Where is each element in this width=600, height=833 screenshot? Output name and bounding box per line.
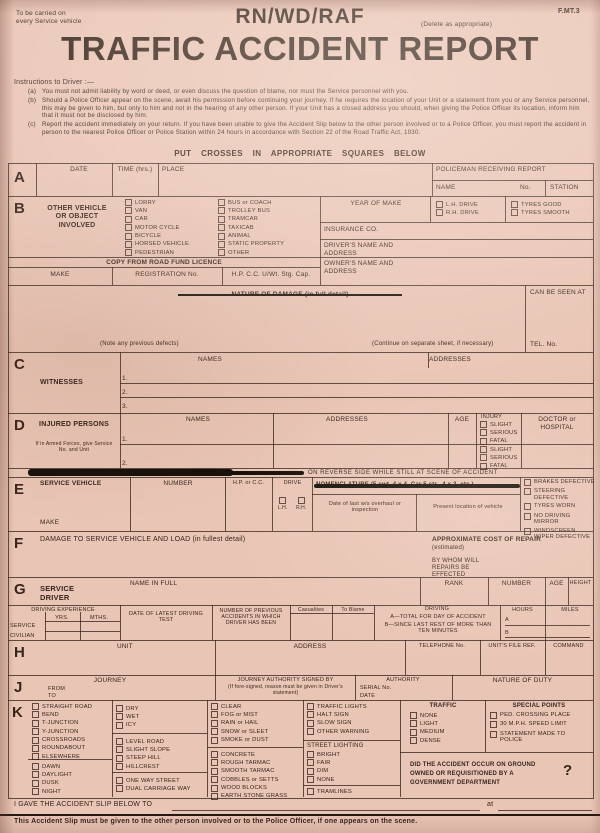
rule bbox=[80, 612, 81, 640]
rule bbox=[545, 577, 546, 605]
checkbox-icon bbox=[125, 249, 132, 256]
licence-heading: COPY FROM ROAD FUND LICENCE bbox=[8, 259, 320, 267]
rule bbox=[452, 675, 453, 700]
checkbox-label: DIM bbox=[317, 768, 328, 774]
checkbox-label: TRAFFIC LIGHTS bbox=[317, 704, 367, 710]
rule bbox=[120, 383, 593, 384]
rule bbox=[8, 675, 593, 676]
checkbox-option: BEND bbox=[32, 711, 92, 718]
checkbox-option: SLIGHT SLOPE bbox=[116, 746, 170, 753]
checkbox-option: DRY bbox=[116, 705, 139, 712]
rule bbox=[215, 675, 216, 700]
section-a-letter: A bbox=[14, 169, 25, 186]
checkbox-label: NIGHT bbox=[42, 789, 61, 795]
weather-options: CLEARFOG or MISTRAIN or HAILSNOW or SLEE… bbox=[211, 703, 269, 745]
section-h-letter: H bbox=[14, 644, 25, 661]
checkbox-option: Y-JUNCTION bbox=[32, 728, 92, 735]
witness-row-number: 1. bbox=[122, 375, 128, 383]
rule bbox=[400, 752, 593, 753]
rule bbox=[488, 577, 489, 605]
checkbox-icon bbox=[116, 777, 123, 784]
checkbox-label: MOTOR CYCLE bbox=[135, 225, 180, 231]
question-mark: ? bbox=[563, 762, 572, 780]
checkbox-icon bbox=[211, 728, 218, 735]
driver-name-address-label: DRIVER'S NAME AND ADDRESS bbox=[324, 242, 396, 257]
driving-a-label: A—TOTAL FOR DAY OF ACCIDENT bbox=[378, 614, 498, 620]
nature-of-duty-label: NATURE OF DUTY bbox=[455, 677, 590, 685]
tyre-options: TYRES GOOD TYRES SMOOTH bbox=[511, 201, 570, 218]
rule bbox=[120, 397, 593, 398]
checkbox-icon bbox=[307, 776, 314, 783]
checkbox-label: T-JUNCTION bbox=[42, 720, 78, 726]
cost-of-repair-label: APPROXIMATE COST OF REPAIR bbox=[432, 536, 541, 544]
rule bbox=[476, 413, 477, 468]
estimated-label: (estimated) bbox=[432, 545, 464, 552]
checkbox-icon bbox=[307, 751, 314, 758]
checkbox-label: BRAKES DEFECTIVE bbox=[534, 479, 596, 485]
rule bbox=[303, 740, 400, 741]
checkbox-icon bbox=[32, 728, 39, 735]
checkbox-label: SNOW or SLEET bbox=[221, 729, 268, 735]
checkbox-label: STEEP HILL bbox=[126, 755, 161, 761]
witnesses-label: WITNESSES bbox=[40, 379, 83, 387]
checkbox-icon bbox=[116, 713, 123, 720]
checkbox-icon bbox=[211, 751, 218, 758]
witness-row-number: 2. bbox=[122, 389, 128, 397]
rule bbox=[8, 531, 593, 532]
checkbox-icon bbox=[211, 768, 218, 775]
rule bbox=[120, 605, 121, 640]
injured-row-number: 1. bbox=[122, 436, 128, 444]
drive-options: L.H. DRIVE R.H. DRIVE bbox=[436, 201, 479, 218]
checkbox-option: CONCRETE bbox=[211, 751, 287, 758]
checkbox-label: TYRES SMOOTH bbox=[521, 210, 570, 216]
rank-label: RANK bbox=[422, 580, 486, 588]
rule bbox=[8, 577, 593, 578]
hp-label: H.P. C.C. U/Wt. Stg. Cap. bbox=[226, 271, 316, 279]
rule bbox=[303, 785, 400, 786]
ink-smudge bbox=[228, 471, 304, 475]
policeman-no-label: No. bbox=[520, 184, 531, 192]
checkbox-label: ANIMAL bbox=[228, 233, 251, 239]
checkbox-label: ONE WAY STREET bbox=[126, 778, 180, 784]
checkbox-icon bbox=[410, 737, 417, 744]
rule bbox=[432, 180, 593, 181]
checkbox-option: TRAFFIC LIGHTS bbox=[307, 703, 369, 710]
height-label: HEIGHT bbox=[568, 580, 593, 586]
checkbox-label: OTHER bbox=[228, 250, 249, 256]
checkbox-option: CLEAR bbox=[211, 703, 269, 710]
checkbox-option: STRAIGHT ROAD bbox=[32, 703, 92, 710]
rule bbox=[207, 747, 303, 748]
checkbox-label: DUSK bbox=[42, 780, 59, 786]
policeman-label: POLICEMAN RECEIVING REPORT bbox=[436, 166, 546, 174]
injured-names-label: NAMES bbox=[158, 416, 238, 424]
instruction-text: Report the accident immediately on your … bbox=[42, 121, 590, 137]
vehicle-location-label: Present location of vehicle bbox=[420, 504, 516, 510]
rule bbox=[520, 477, 521, 531]
checkbox-label: SLIGHT bbox=[490, 447, 512, 453]
checkbox-icon bbox=[125, 216, 132, 223]
special-points-options: PED. CROSSING PLACE30 M.P.H. SPEED LIMIT… bbox=[490, 712, 588, 746]
checkbox-label: ICY bbox=[126, 722, 136, 728]
instruction-label: (a) bbox=[28, 88, 42, 96]
checkbox-option: FAIR bbox=[307, 759, 340, 766]
checkbox-option: MOTOR CYCLE bbox=[125, 224, 189, 231]
nomenclature-label: NOMENCLATURE (5 cwt. 4 x 4, Car 5 str., … bbox=[316, 482, 516, 489]
checkbox-label: WET bbox=[126, 714, 139, 720]
year-of-make-label: YEAR OF MAKE bbox=[324, 200, 428, 208]
checkbox-option: WOOD BLOCKS bbox=[211, 785, 287, 792]
checkbox-option: DUAL CARRIAGE WAY bbox=[116, 785, 191, 792]
checkbox-option: DAWN bbox=[32, 763, 72, 770]
checkbox-icon bbox=[307, 711, 314, 718]
checkbox-label: DUAL CARRIAGE WAY bbox=[126, 786, 191, 792]
checkbox-icon bbox=[125, 224, 132, 231]
witness-addresses-label: ADDRESSES bbox=[400, 356, 500, 364]
checkbox-label: STATIC PROPERTY bbox=[228, 241, 284, 247]
instruction-label: (b) bbox=[28, 97, 42, 120]
page-title: TRAFFIC ACCIDENT REPORT bbox=[0, 30, 600, 68]
hours-label: HOURS bbox=[502, 607, 543, 613]
journey-from-label: FROM bbox=[48, 686, 65, 692]
insurance-label: INSURANCE CO. bbox=[324, 226, 378, 234]
checkbox-option: HORSED VEHICLE bbox=[125, 241, 189, 248]
checkbox-option: STATEMENT MADE TO POLICE bbox=[490, 731, 588, 744]
other-vehicle-label: OTHER VEHICLE OR OBJECT INVOLVED bbox=[42, 205, 112, 230]
rule bbox=[320, 239, 593, 240]
rule bbox=[112, 267, 113, 285]
injured-persons-label: INJURED PERSONS bbox=[38, 421, 110, 429]
policeman-name-label: NAME bbox=[436, 184, 456, 192]
checkbox-option: L.H. DRIVE bbox=[436, 201, 479, 208]
checkbox-option: SMOKE or DUST bbox=[211, 737, 269, 744]
checkbox-label: DENSE bbox=[420, 738, 441, 744]
checkbox-option: NIGHT bbox=[32, 788, 72, 795]
checkbox-icon bbox=[125, 207, 132, 214]
checkbox-label: BUS or COACH bbox=[228, 200, 272, 206]
checkbox-label: SLIGHT bbox=[490, 422, 512, 428]
rule bbox=[112, 772, 207, 773]
rule bbox=[8, 605, 593, 606]
injured-row-number: 2. bbox=[122, 460, 128, 468]
checkbox-icon bbox=[211, 703, 218, 710]
surface-state-options: DRYWETICY bbox=[116, 705, 139, 730]
checkbox-icon bbox=[524, 479, 531, 486]
form-ref: F.MT.3 bbox=[558, 8, 600, 16]
rule bbox=[432, 163, 433, 196]
checkbox-icon bbox=[211, 711, 218, 718]
checkbox-label: ROUNDABOUT bbox=[42, 745, 85, 751]
checkbox-option: COBBLES or SETTS bbox=[211, 776, 287, 783]
checkbox-label: R.H. bbox=[296, 505, 306, 511]
command-label: COMMAND bbox=[546, 643, 591, 649]
checkbox-option: R.H. DRIVE bbox=[436, 209, 479, 216]
checkbox-label: SERIOUS bbox=[490, 455, 518, 461]
traffic-accident-report-form: To be carried on every Service vehicle R… bbox=[0, 0, 600, 833]
checkbox-label: WOOD BLOCKS bbox=[221, 785, 267, 791]
checkbox-option: BRIGHT bbox=[307, 751, 340, 758]
checkbox-option: NONE bbox=[410, 712, 445, 719]
rule bbox=[225, 477, 226, 531]
rule bbox=[505, 637, 590, 638]
government-ground-question: DID THE ACCIDENT OCCUR ON GROUND OWNED O… bbox=[410, 761, 558, 788]
checkbox-option: DAYLIGHT bbox=[32, 771, 72, 778]
checkbox-icon bbox=[524, 513, 531, 520]
checkbox-label: SERIOUS bbox=[490, 430, 518, 436]
rule bbox=[374, 605, 375, 640]
checkbox-label: LEVEL ROAD bbox=[126, 739, 164, 745]
address-label: ADDRESS bbox=[217, 643, 403, 651]
rule bbox=[272, 477, 273, 531]
rule bbox=[500, 605, 501, 640]
driving-experience-label: DRIVING EXPERIENCE bbox=[10, 607, 116, 613]
checkbox-label: ROUGH TARMAC bbox=[221, 760, 271, 766]
number-label: NUMBER bbox=[132, 480, 224, 488]
checkbox-icon bbox=[218, 224, 225, 231]
doctor-label: DOCTOR or HOSPITAL bbox=[524, 416, 590, 431]
drive-label: DRIVE bbox=[274, 480, 311, 486]
section-f-letter: F bbox=[14, 535, 23, 552]
checkbox-icon bbox=[125, 241, 132, 248]
checkbox-icon bbox=[116, 738, 123, 745]
checkbox-label: HALT SIGN bbox=[317, 712, 349, 718]
rule bbox=[36, 163, 37, 196]
checkbox-icon bbox=[480, 429, 487, 436]
checkbox-option: LORRY bbox=[125, 199, 189, 206]
checkbox-icon bbox=[116, 763, 123, 770]
checkbox-icon bbox=[511, 201, 518, 208]
continue-note: (Continue on separate sheet, if necessar… bbox=[372, 341, 493, 348]
checkbox-option: EARTH STONE GRASS bbox=[211, 793, 287, 800]
checkbox-label: PEDESTRIAN bbox=[135, 250, 174, 256]
checkbox-label: BEND bbox=[42, 712, 59, 718]
checkbox-icon bbox=[279, 497, 286, 504]
section-b-letter: B bbox=[14, 200, 25, 217]
checkbox-label: LORRY bbox=[135, 200, 156, 206]
rule bbox=[480, 640, 481, 675]
checkbox-option: PED. CROSSING PLACE bbox=[490, 712, 588, 719]
checkbox-option: SMOOTH TARMAC bbox=[211, 768, 287, 775]
checkbox-icon bbox=[32, 780, 39, 787]
other-vehicle-col1: LORRY VAN CAR MOTOR CYCLE BICYCLE bbox=[125, 199, 189, 258]
section-d-letter: D bbox=[14, 417, 25, 434]
rule bbox=[568, 577, 569, 605]
checkbox-option: VAN bbox=[125, 207, 189, 214]
driving-b-label: B—SINCE LAST REST OF MORE THAN TEN MINUT… bbox=[378, 622, 498, 635]
checkbox-label: CONCRETE bbox=[221, 752, 255, 758]
rule bbox=[420, 577, 421, 605]
signs-options: TRAFFIC LIGHTSHALT SIGNSLOW SIGNOTHER WA… bbox=[307, 703, 369, 737]
checkbox-option: TAXICAB bbox=[218, 224, 284, 231]
checkbox-label: STRAIGHT ROAD bbox=[42, 704, 92, 710]
checkbox-label: TYRES WORN bbox=[534, 503, 596, 509]
checkbox-option: SERIOUS bbox=[480, 429, 518, 436]
checkbox-label: OTHER WARNING bbox=[317, 729, 369, 735]
checkbox-label: SLIGHT SLOPE bbox=[126, 747, 170, 753]
rule bbox=[332, 605, 333, 640]
street-lighting-title: STREET LIGHTING bbox=[307, 743, 364, 750]
rule bbox=[45, 631, 120, 632]
checkbox-option: SERIOUS bbox=[480, 454, 518, 461]
checkbox-option: ANIMAL bbox=[218, 233, 284, 240]
checkbox-option: TYRES WORN bbox=[524, 503, 596, 510]
checkbox-label: SLOW SIGN bbox=[317, 720, 352, 726]
checkbox-icon bbox=[490, 721, 497, 728]
checkbox-option: STEEP HILL bbox=[116, 755, 170, 762]
carriageway-options: ONE WAY STREETDUAL CARRIAGE WAY bbox=[116, 777, 191, 794]
checkbox-icon bbox=[116, 746, 123, 753]
checkbox-icon bbox=[218, 249, 225, 256]
rule bbox=[355, 675, 356, 700]
section-c-letter: C bbox=[14, 356, 25, 373]
ink-smudge bbox=[28, 469, 233, 476]
checkbox-option: TYRES SMOOTH bbox=[511, 209, 570, 216]
checkbox-icon bbox=[511, 209, 518, 216]
hp-cc-label: H.P. or C.C. bbox=[226, 480, 271, 486]
checkbox-label: TRAMLINES bbox=[317, 789, 352, 795]
checkbox-icon bbox=[116, 755, 123, 762]
rule bbox=[505, 196, 506, 222]
checkbox-option: CAR bbox=[125, 216, 189, 223]
checkbox-label: DAWN bbox=[42, 764, 60, 770]
checkbox-icon bbox=[480, 454, 487, 461]
checkbox-option: RAIN or HAIL bbox=[211, 720, 269, 727]
checkbox-option: HALT SIGN bbox=[307, 711, 369, 718]
checkbox-option: LEVEL ROAD bbox=[116, 738, 170, 745]
civilian-row-label: CIVILIAN bbox=[10, 633, 35, 639]
checkbox-label: TRAMCAR bbox=[228, 216, 258, 222]
checkbox-option: DENSE bbox=[410, 737, 445, 744]
checkbox-icon bbox=[436, 201, 443, 208]
carry-note-line1: To be carried on bbox=[16, 10, 111, 18]
previous-defects-note: (Note any previous defects) bbox=[100, 341, 179, 348]
carry-note: To be carried on every Service vehicle bbox=[16, 10, 111, 25]
checkbox-label: 30 M.P.H. SPEED LIMIT bbox=[500, 721, 588, 727]
checkbox-icon bbox=[32, 763, 39, 770]
instruction-item: (b) Should a Police Officer appear on th… bbox=[28, 97, 590, 120]
checkbox-option: SNOW or SLEET bbox=[211, 728, 269, 735]
checkbox-icon bbox=[211, 720, 218, 727]
instructions-list: (a) You must not admit liability by word… bbox=[28, 88, 590, 138]
row-a-label: A bbox=[505, 617, 509, 623]
checkbox-icon bbox=[218, 233, 225, 240]
authority-date-label: DATE bbox=[360, 693, 375, 699]
checkbox-label: FAIR bbox=[317, 760, 331, 766]
fore-signed-note: (If fore-signed, reason must be given in… bbox=[222, 685, 349, 697]
checkbox-label: STEERING DEFECTIVE bbox=[534, 488, 596, 501]
rule bbox=[485, 700, 486, 752]
rule bbox=[428, 352, 429, 368]
checkbox-icon bbox=[524, 488, 531, 495]
checkbox-label: CAR bbox=[135, 216, 148, 222]
injury-label: INJURY bbox=[481, 414, 502, 420]
instructions-heading: Instructions to Driver :— bbox=[14, 79, 94, 87]
checkbox-option: TROLLEY BUS bbox=[218, 207, 284, 214]
checkbox-option: DUSK bbox=[32, 780, 72, 787]
checkbox-icon bbox=[32, 745, 39, 752]
drive-checkboxes: L.H. R.H. bbox=[278, 497, 306, 511]
checkbox-icon bbox=[32, 737, 39, 744]
rule bbox=[28, 759, 112, 760]
checkbox-label: CROSSROADS bbox=[42, 737, 85, 743]
instruction-label: (c) bbox=[28, 121, 42, 137]
service-row-label: SERVICE bbox=[10, 623, 35, 629]
checkbox-icon bbox=[307, 759, 314, 766]
traffic-options: NONELIGHTMEDIUMDENSE bbox=[410, 712, 445, 746]
street-lighting-options: BRIGHTFAIRDIMNONE bbox=[307, 751, 340, 785]
rule bbox=[448, 413, 449, 468]
checkbox-label: BICYCLE bbox=[135, 233, 161, 239]
checkbox-option: ICY bbox=[116, 722, 139, 729]
rule bbox=[525, 285, 526, 352]
section-k-letter: K bbox=[12, 704, 23, 721]
checkbox-label: MEDIUM bbox=[420, 729, 445, 735]
service-driver-label: SERVICE DRIVER bbox=[40, 585, 102, 603]
checkbox-icon bbox=[410, 712, 417, 719]
rule bbox=[45, 612, 46, 640]
checkbox-icon bbox=[32, 720, 39, 727]
instruction-item: (c) Report the accident immediately on y… bbox=[28, 121, 590, 137]
checkbox-option: STEERING DEFECTIVE bbox=[524, 488, 596, 501]
age-label: AGE bbox=[450, 416, 474, 424]
checkbox-option: SLOW SIGN bbox=[307, 720, 369, 727]
special-points-title: SPECIAL POINTS bbox=[488, 703, 590, 710]
checkbox-icon bbox=[524, 503, 531, 510]
journey-to-label: TO bbox=[48, 693, 56, 699]
checkbox-label: HILLCREST bbox=[126, 764, 160, 770]
rule bbox=[320, 196, 321, 285]
instruction-item: (a) You must not admit liability by word… bbox=[28, 88, 590, 96]
rule bbox=[120, 444, 593, 445]
damage-service-vehicle-label: DAMAGE TO SERVICE VEHICLE AND LOAD (in f… bbox=[40, 536, 245, 544]
checkbox-icon bbox=[116, 705, 123, 712]
rule bbox=[130, 477, 131, 531]
rule bbox=[273, 413, 274, 468]
witness-names-label: NAMES bbox=[160, 356, 260, 364]
serial-no-label: SERIAL No. bbox=[360, 685, 391, 691]
checkbox-icon bbox=[480, 446, 487, 453]
rule bbox=[8, 285, 593, 286]
journey-label: JOURNEY bbox=[60, 677, 160, 685]
checkbox-label: NONE bbox=[420, 713, 438, 719]
telephone-label: TELEPHONE No. bbox=[406, 643, 478, 649]
road-layout-options: STRAIGHT ROADBENDT-JUNCTIONY-JUNCTIONCRO… bbox=[32, 703, 92, 762]
checkbox-option: T-JUNCTION bbox=[32, 720, 92, 727]
checkbox-icon bbox=[211, 785, 218, 792]
rule bbox=[505, 625, 590, 626]
rule bbox=[120, 413, 121, 468]
instruction-text: You must not admit liability by word or … bbox=[42, 88, 409, 96]
place-label: PLACE bbox=[162, 166, 184, 174]
service-branches: RN/WD/RAF bbox=[180, 5, 420, 29]
rule bbox=[112, 733, 207, 734]
checkbox-label: SMOOTH TARMAC bbox=[221, 768, 275, 774]
checkbox-option: OTHER bbox=[218, 249, 284, 256]
owner-label: OWNER'S NAME AND ADDRESS bbox=[324, 260, 394, 275]
authority-label: AUTHORITY bbox=[358, 677, 448, 683]
registration-label: REGISTRATION No. bbox=[120, 271, 214, 279]
checkbox-label: COBBLES or SETTS bbox=[221, 777, 279, 783]
checkbox-icon bbox=[480, 421, 487, 428]
station-label: STATION bbox=[550, 184, 579, 192]
checkbox-option: BICYCLE bbox=[125, 233, 189, 240]
checkbox-icon bbox=[211, 737, 218, 744]
fill-line bbox=[172, 810, 480, 811]
licence-make-label: MAKE bbox=[20, 271, 100, 279]
checkbox-label: VAN bbox=[135, 208, 147, 214]
checkbox-option: ONE WAY STREET bbox=[116, 777, 191, 784]
